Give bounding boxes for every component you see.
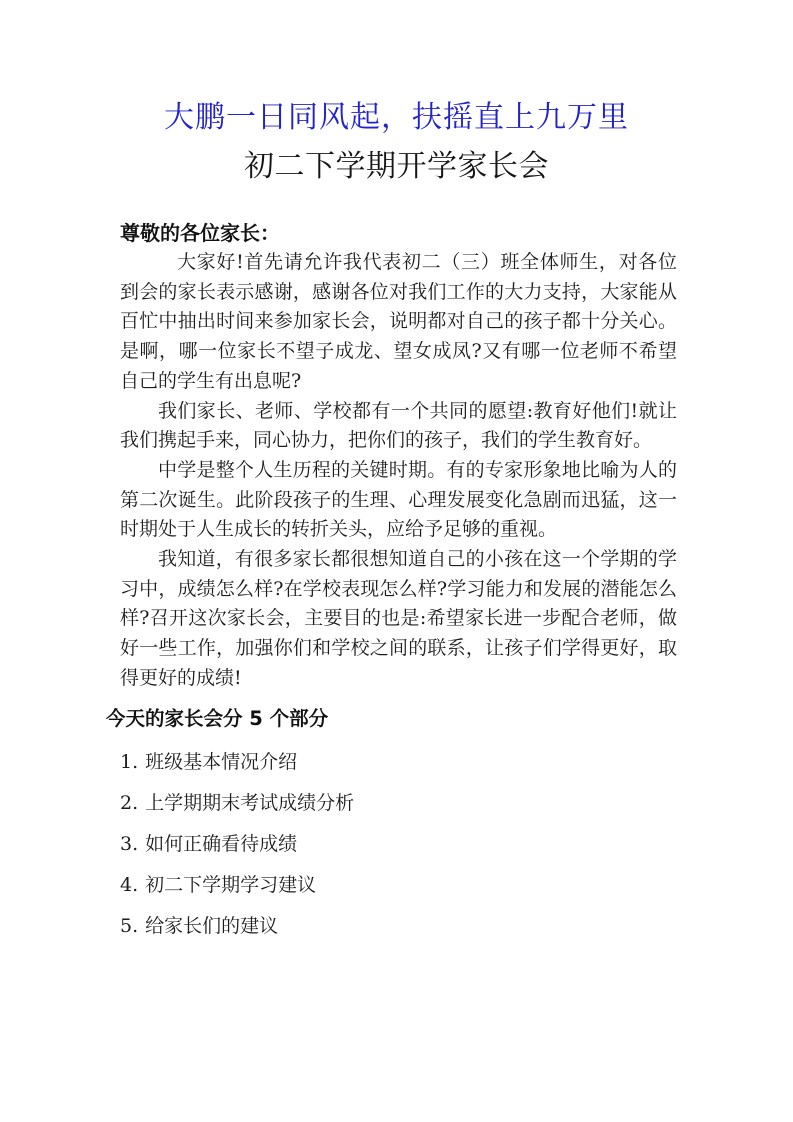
agenda-item-number: 3. (120, 832, 138, 856)
agenda-item-number: 4. (120, 873, 138, 897)
agenda-item-label: 如何正确看待成绩 (145, 832, 297, 856)
document-body: 尊敬的各位家长： 大家好!首先请允许我代表初二（三）班全体师生，对各位到会的家长… (0, 218, 793, 938)
agenda-item-label: 上学期期末考试成绩分析 (145, 791, 354, 815)
document-title: 初二下学期开学家长会 (0, 148, 793, 186)
agenda-item-number: 5. (120, 914, 138, 938)
agenda-item: 4. 初二下学期学习建议 (120, 873, 677, 897)
document-page: 大鹏一日同风起，扶摇直上九万里 初二下学期开学家长会 尊敬的各位家长： 大家好!… (0, 0, 793, 1122)
salutation: 尊敬的各位家长： (120, 218, 677, 248)
agenda-item-label: 初二下学期学习建议 (145, 873, 316, 897)
paragraph: 我知道，有很多家长都很想知道自己的小孩在这一个学期的学习中，成绩怎么样?在学校表… (120, 545, 677, 694)
paragraph: 大家好!首先请允许我代表初二（三）班全体师生，对各位到会的家长表示感谢，感谢各位… (120, 248, 677, 397)
agenda-item-label: 给家长们的建议 (145, 914, 278, 938)
agenda-item: 2. 上学期期末考试成绩分析 (120, 791, 677, 815)
paragraph: 中学是整个人生历程的关键时期。有的专家形象地比喻为人的第二次诞生。此阶段孩子的生… (120, 456, 677, 545)
motto-line: 大鹏一日同风起，扶摇直上九万里 (0, 99, 793, 136)
paragraph: 我们家长、老师、学校都有一个共同的愿望:教育好他们!就让我们携起手来，同心协力，… (120, 397, 677, 456)
agenda-item-label: 班级基本情况介绍 (145, 750, 297, 774)
agenda-item: 3. 如何正确看待成绩 (120, 832, 677, 856)
section-heading: 今天的家长会分 5 个部分 (106, 706, 677, 732)
agenda-item: 1. 班级基本情况介绍 (120, 750, 677, 774)
agenda-list: 1. 班级基本情况介绍 2. 上学期期末考试成绩分析 3. 如何正确看待成绩 4… (120, 750, 677, 938)
agenda-item-number: 2. (120, 791, 138, 815)
agenda-item-number: 1. (120, 750, 138, 774)
agenda-item: 5. 给家长们的建议 (120, 914, 677, 938)
